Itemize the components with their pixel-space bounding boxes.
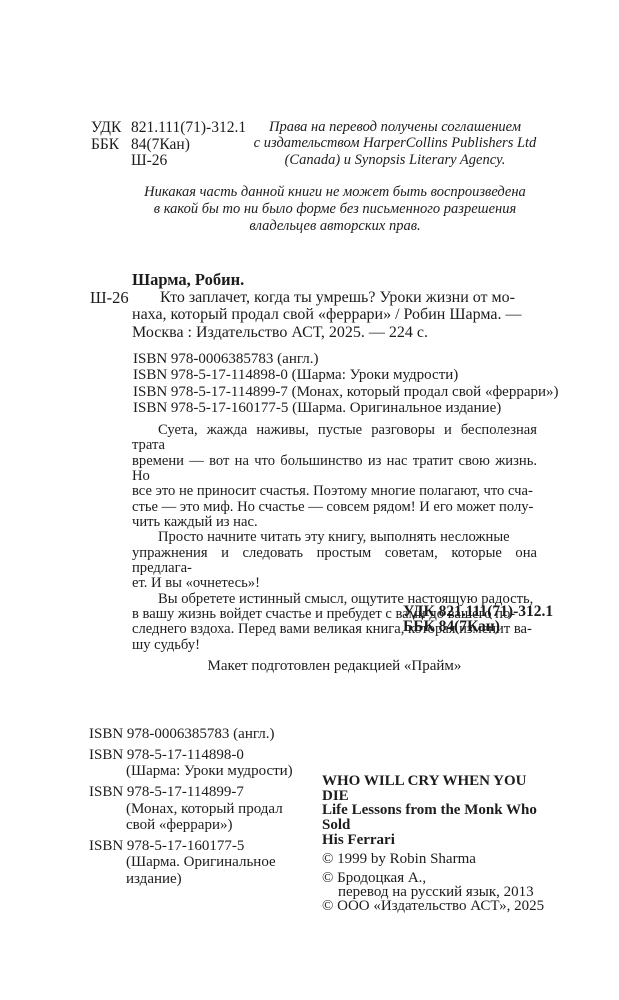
- bbk-value: 84(7Кан): [131, 137, 190, 154]
- reproduction-notice: Никакая часть данной книги не может быть…: [120, 184, 550, 236]
- bib-author-heading: Шарма, Робин.: [132, 271, 244, 288]
- udk-value: 821.111(71)-312.1: [131, 120, 246, 137]
- catalog-codes-block: УДК 821.111(71)-312.1 ББК 84(7Кан) Ш-26: [91, 120, 246, 170]
- author-sign-row: Ш-26: [91, 153, 246, 170]
- book-imprint-page: УДК 821.111(71)-312.1 ББК 84(7Кан) Ш-26 …: [0, 0, 619, 1000]
- isbn-group: ISBN 978-5-17-114899-7 (Монах, который п…: [89, 784, 293, 833]
- isbn-group: ISBN 978-5-17-114898-0 (Шарма: Уроки муд…: [89, 747, 293, 780]
- copyright-column: WHO WILL CRY WHEN YOU DIE Life Lessons f…: [322, 774, 547, 914]
- annotation-paragraph-2: Просто начните читать эту книгу, выполня…: [132, 530, 537, 591]
- copyright-entry: © 1999 by Robin Sharma: [322, 852, 547, 866]
- bbk-label: ББК: [91, 137, 131, 154]
- imprint-note: Макет подготовлен редакцией «Прайм»: [132, 658, 537, 674]
- bottom-isbn-column: ISBN 978-0006385783 (англ.) ISBN 978-5-1…: [89, 726, 293, 892]
- original-title: WHO WILL CRY WHEN YOU DIE Life Lessons f…: [322, 774, 547, 848]
- translation-rights-notice: Права на перевод получены соглашением с …: [250, 119, 540, 168]
- udk-label: УДК: [91, 120, 131, 137]
- copyright-entry: © Бродоцкая А., перевод на русский язык,…: [322, 871, 547, 900]
- annotation-paragraph-1: Суета, жажда наживы, пустые разговоры и …: [132, 423, 537, 530]
- isbn-group: ISBN 978-5-17-160177-5 (Шарма. Оригиналь…: [89, 838, 293, 887]
- bib-author-sign: Ш-26: [90, 289, 129, 306]
- bib-isbn-list: ISBN 978-0006385783 (англ.) ISBN 978-5-1…: [133, 351, 559, 416]
- bbk-row: ББК 84(7Кан): [91, 137, 246, 154]
- author-sign: Ш-26: [131, 153, 167, 170]
- isbn-group: ISBN 978-0006385783 (англ.): [89, 726, 293, 742]
- copyright-entry: © ООО «Издательство АСТ», 2025: [322, 899, 547, 913]
- udk-row: УДК 821.111(71)-312.1: [91, 120, 246, 137]
- udk-bbk-footer: УДК 821.111(71)-312.1 ББК 84(7Кан): [403, 605, 553, 635]
- bib-description: Кто заплачет, когда ты умрешь? Уроки жиз…: [132, 289, 536, 341]
